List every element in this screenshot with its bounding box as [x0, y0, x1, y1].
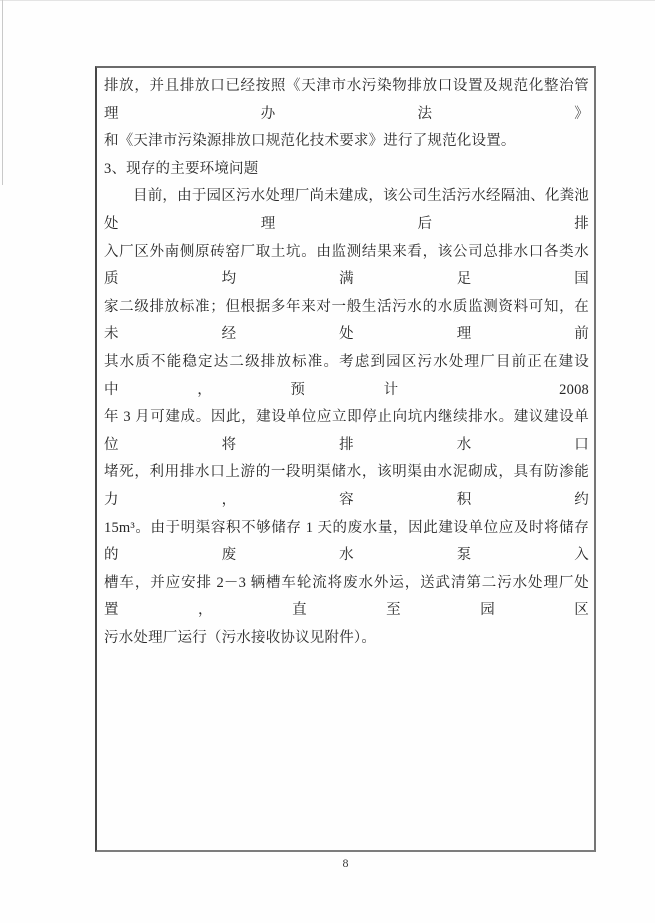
text-line: 入厂区外南侧原砖窑厂取土坑。由监测结果来看，该公司总排水口各类水质均满足国: [104, 239, 589, 294]
text-line: 堵死，利用排水口上游的一段明渠储水，该明渠由水泥砌成，具有防渗能力，容积约: [104, 459, 589, 514]
page-number: 8: [95, 856, 596, 871]
text-line: 和《天津市污染源排放口规范化技术要求》进行了规范化设置。: [104, 128, 589, 156]
form-cell-border: 排放，并且排放口已经按照《天津市水污染物排放口设置及规范化整治管理办法》和《天津…: [95, 66, 596, 852]
scan-edge-artifact-top: [0, 0, 655, 1]
text-line: 3、现存的主要环境问题: [104, 156, 589, 184]
text-line: 污水处理厂运行（污水接收协议见附件）。: [104, 625, 589, 653]
document-text-block: 排放，并且排放口已经按照《天津市水污染物排放口设置及规范化整治管理办法》和《天津…: [97, 68, 594, 652]
scanned-document-page: 排放，并且排放口已经按照《天津市水污染物排放口设置及规范化整治管理办法》和《天津…: [0, 0, 655, 923]
text-line: 目前，由于园区污水处理厂尚未建成，该公司生活污水经隔油、化粪池处理后排: [104, 183, 589, 238]
text-line: 其水质不能稳定达二级排放标准。考虑到园区污水处理厂目前正在建设中，预计 2008: [104, 349, 589, 404]
text-line: 年 3 月可建成。因此，建设单位应立即停止向坑内继续排水。建议建设单位将排水口: [104, 404, 589, 459]
text-line: 槽车，并应安排 2－3 辆槽车轮流将废水外运，送武清第二污水处理厂处置，直至园区: [104, 570, 589, 625]
text-line: 15m³。由于明渠容积不够储存 1 天的废水量，因此建设单位应及时将储存的废水泵…: [104, 515, 589, 570]
text-line: 排放，并且排放口已经按照《天津市水污染物排放口设置及规范化整治管理办法》: [104, 73, 589, 128]
scan-edge-artifact-left: [2, 0, 3, 185]
text-line: 家二级排放标准；但根据多年来对一般生活污水的水质监测资料可知，在未经处理前: [104, 294, 589, 349]
